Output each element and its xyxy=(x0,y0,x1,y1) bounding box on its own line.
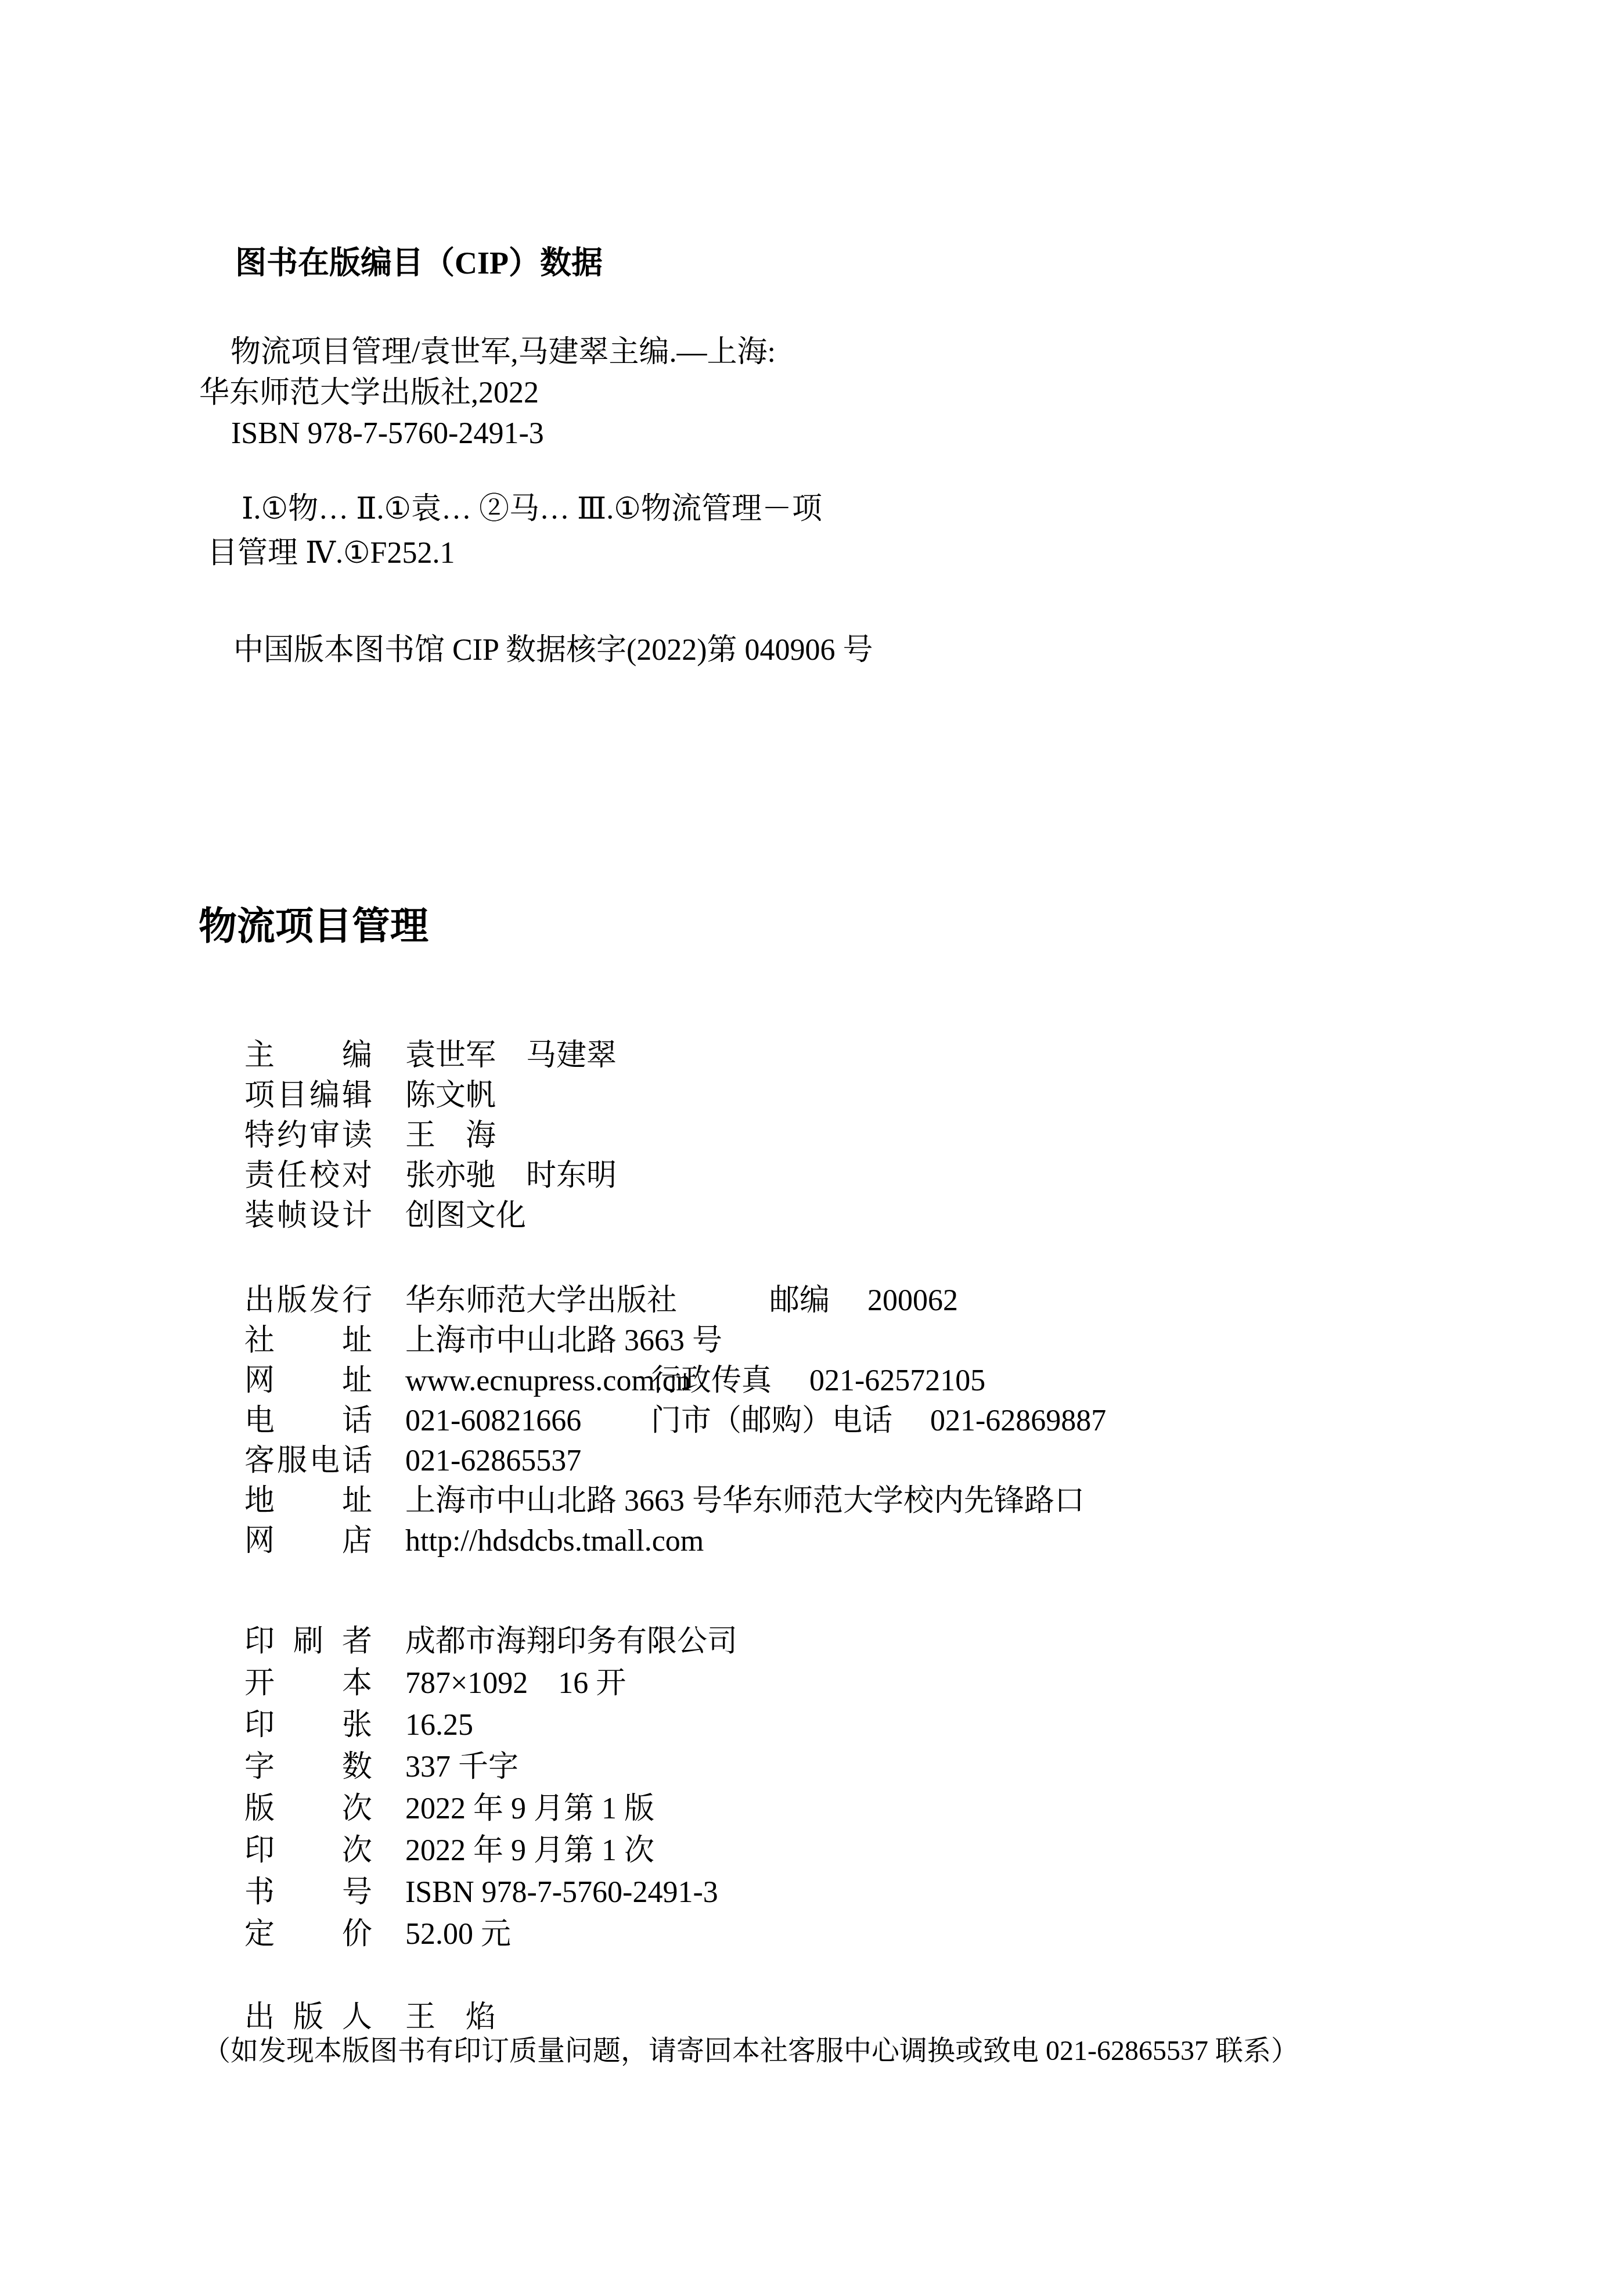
publishing-row: 客服电话021-62865537 门市（邮购）电话021-62869887 xyxy=(199,1401,1085,1441)
cip-classification-line: Ⅰ.①物… Ⅱ.①袁… ②马… Ⅲ.①物流管理－项 xyxy=(199,487,822,531)
colophon-page: 图书在版编目（CIP）数据 物流项目管理/袁世军,马建翠主编.—上海: 华东师范… xyxy=(0,0,1624,2283)
publishing-row: 网店http://hdsdcbs.tmall.com xyxy=(199,1481,1085,1521)
row-extra-value: 021-62869887 xyxy=(930,1401,1106,1441)
printing-row: 印张16.25 xyxy=(199,1663,737,1705)
printing-row: 版次2022 年 9 月第 1 版 xyxy=(199,1746,737,1788)
row-label: 网店 xyxy=(244,1521,372,1561)
cip-classification-block: Ⅰ.①物… Ⅱ.①袁… ②马… Ⅲ.①物流管理－项 目管理 Ⅳ.①F252.1 xyxy=(199,487,822,576)
printing-row: 印刷者成都市海翔印务有限公司 xyxy=(199,1579,737,1621)
book-title: 物流项目管理 xyxy=(199,904,428,950)
row-label: 装帧设计 xyxy=(244,1196,372,1236)
row-extra-field: 门市（邮购）电话021-62869887 xyxy=(651,1401,1106,1441)
publisher-block: 出版人王 焰 xyxy=(199,1957,496,1997)
credits-row: 项目编辑陈文帆 xyxy=(199,1036,617,1076)
credits-row: 装帧设计创图文化 xyxy=(199,1156,617,1196)
credits-row: 特约审读王 海 xyxy=(199,1076,617,1116)
cip-classification-line: 目管理 Ⅳ.①F252.1 xyxy=(199,531,822,576)
printing-row: 定价52.00 元 xyxy=(199,1872,737,1914)
publisher-person-row: 出版人王 焰 xyxy=(199,1957,496,1997)
cip-record-block: 物流项目管理/袁世军,马建翠主编.—上海: 华东师范大学出版社,2022 ISB… xyxy=(199,332,776,454)
printing-row: 字数337 千字 xyxy=(199,1705,737,1746)
row-extra-label: 行政传真 xyxy=(651,1361,772,1401)
row-value: 创图文化 xyxy=(405,1199,526,1232)
row-label: 定价 xyxy=(244,1914,372,1955)
publishing-row: 出版发行华东师范大学出版社 xyxy=(199,1241,1085,1281)
row-extra-field: 行政传真021-62572105 xyxy=(651,1361,985,1401)
printing-row: 开本787×1092 16 开 xyxy=(199,1621,737,1663)
cip-record-line: 华东师范大学出版社,2022 xyxy=(199,373,776,414)
publishing-row: 电话021-60821666 行政传真021-62572105 xyxy=(199,1361,1085,1401)
row-extra-label: 邮编 xyxy=(769,1281,830,1321)
row-value: http://hdsdcbs.tmall.com xyxy=(405,1525,704,1558)
cip-registry-line: 中国版本图书馆 CIP 数据核字(2022)第 040906 号 xyxy=(199,630,873,671)
cip-record-isbn-line: ISBN 978-7-5760-2491-3 xyxy=(199,414,776,454)
cip-section-header: 图书在版编目（CIP）数据 xyxy=(235,243,603,283)
credits-row: 主编袁世军 马建翠 xyxy=(199,995,617,1036)
row-extra-label: 门市（邮购）电话 xyxy=(651,1401,892,1441)
publishing-row: 社址上海市中山北路 3663 号 邮编200062 xyxy=(199,1281,1085,1321)
row-value: 王 焰 xyxy=(405,2001,496,2034)
publishing-row: 网址www.ecnupress.com.cn xyxy=(199,1321,1085,1361)
quality-notice: （如发现本版图书有印订质量问题，请寄回本社客服中心调换或致电 021-62865… xyxy=(203,2031,1299,2071)
row-extra-value: 200062 xyxy=(867,1281,958,1321)
row-value: 52.00 元 xyxy=(405,1918,511,1951)
row-extra-field: 邮编200062 xyxy=(769,1281,958,1321)
printing-row: 印次2022 年 9 月第 1 次 xyxy=(199,1788,737,1830)
row-extra-value: 021-62572105 xyxy=(809,1361,985,1401)
publishing-row: 地址上海市中山北路 3663 号华东师范大学校内先锋路口 xyxy=(199,1441,1085,1481)
credits-block: 主编袁世军 马建翠 项目编辑陈文帆 特约审读王 海 责任校对张亦驰 时东明 装帧… xyxy=(199,995,617,1196)
cip-record-line: 物流项目管理/袁世军,马建翠主编.—上海: xyxy=(199,332,776,373)
credits-row: 责任校对张亦驰 时东明 xyxy=(199,1116,617,1156)
printing-row: 书号ISBN 978-7-5760-2491-3 xyxy=(199,1830,737,1872)
publishing-block: 出版发行华东师范大学出版社 社址上海市中山北路 3663 号 邮编200062 … xyxy=(199,1241,1085,1521)
printing-block: 印刷者成都市海翔印务有限公司 开本787×1092 16 开 印张16.25 字… xyxy=(199,1579,737,1914)
